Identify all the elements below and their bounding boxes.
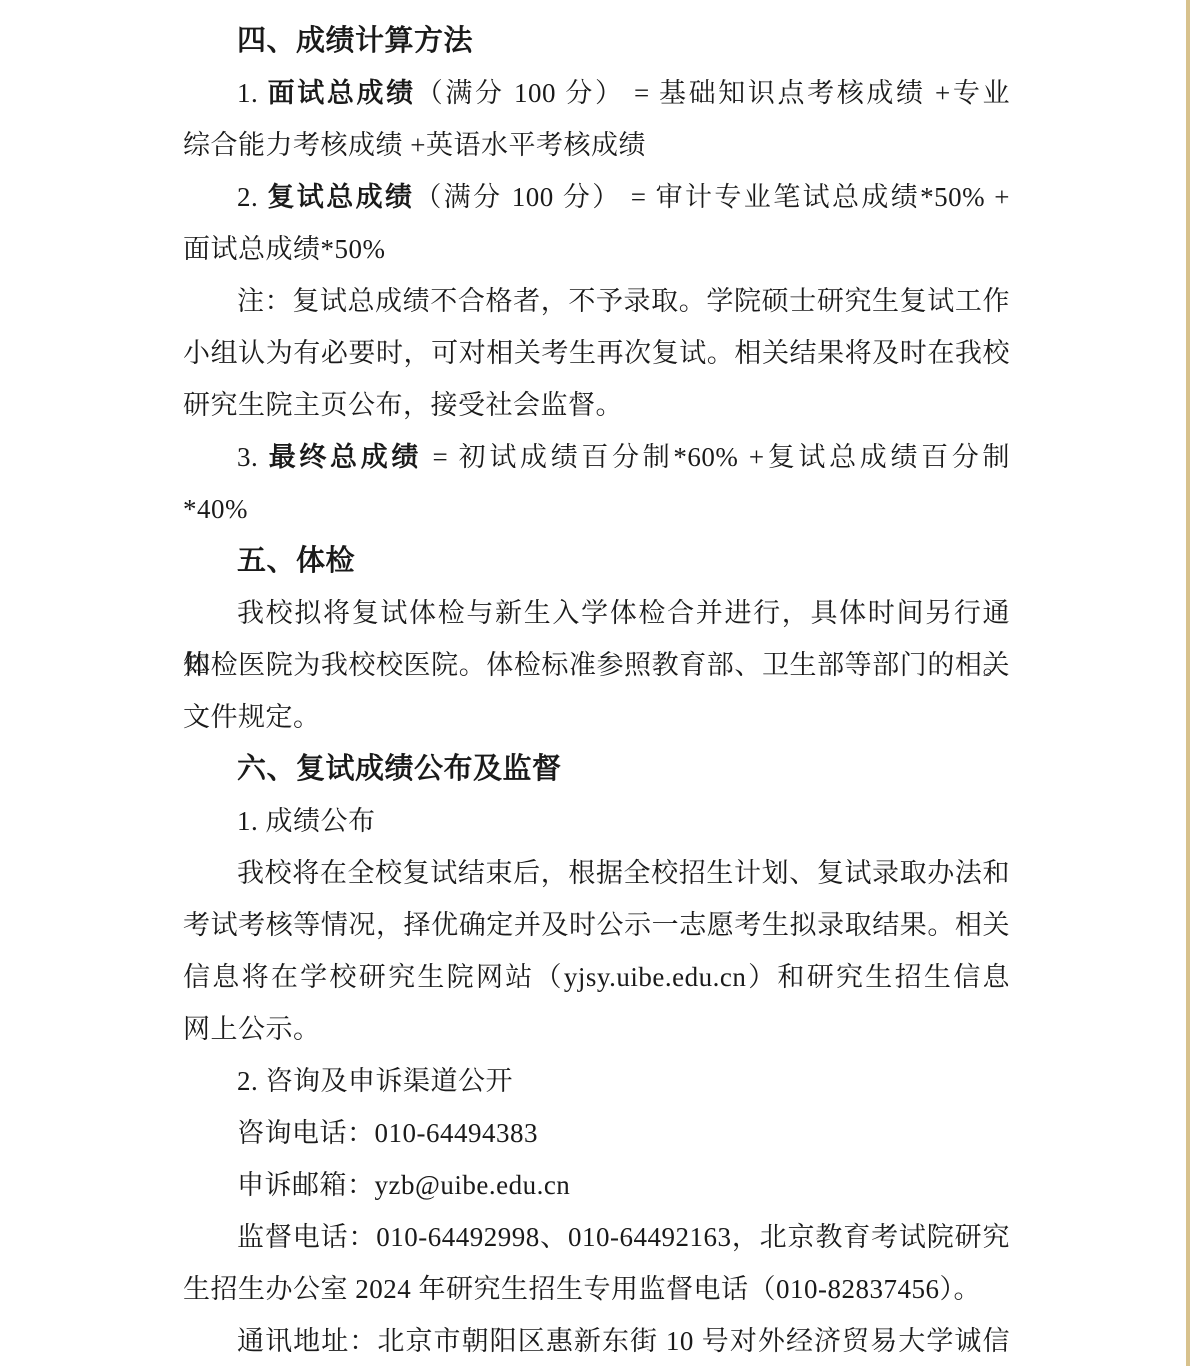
text-segment: 面试总成绩*50% — [183, 234, 386, 264]
section-6-heading: 六、复试成绩公布及监督 — [183, 743, 1010, 795]
text-segment: 通讯地址：北京市朝阳区惠新东街 10 号对外经济贸易大学诚信 — [237, 1326, 1010, 1356]
item-3-final-total-score: 3. 最终总成绩 = 初试成绩百分制*60% +复试总成绩百分制 — [183, 431, 1010, 483]
page-edge-line — [1186, 0, 1190, 1366]
item-1-continued: 综合能力考核成绩 +英语水平考核成绩 — [183, 119, 1010, 171]
note-line-3: 研究生院主页公布，接受社会监督。 — [183, 379, 1010, 431]
text-segment: 我校将在全校复试结束后，根据全校招生计划、复试录取办法和 — [237, 858, 1010, 888]
text-segment: 咨询电话：010-64494383 — [237, 1118, 538, 1148]
sub-1-score-publication: 1. 成绩公布 — [183, 795, 1010, 847]
supervise-phone-line-1: 监督电话：010-64492998、010-64492163，北京教育考试院研究 — [183, 1211, 1010, 1263]
bold-text-segment: 六、复试成绩公布及监督 — [237, 753, 562, 785]
text-segment: 1. — [237, 78, 268, 108]
text-segment: 研究生院主页公布，接受社会监督。 — [183, 390, 623, 420]
text-segment: 小组认为有必要时，可对相关考生再次复试。相关结果将及时在我校 — [183, 338, 1010, 368]
text-segment: *40% — [183, 494, 248, 524]
text-segment: （满分 100 分） = 基础知识点考核成绩 +专业 — [416, 78, 1010, 108]
note-line-1: 注：复试总成绩不合格者，不予录取。学院硕士研究生复试工作 — [183, 275, 1010, 327]
item-2-retest-total-score: 2. 复试总成绩（满分 100 分） = 审计专业笔试总成绩*50% + — [183, 171, 1010, 223]
text-segment: 2. — [237, 182, 267, 212]
text-segment: 文件规定。 — [183, 702, 321, 732]
physical-exam-line-2: 体检医院为我校校医院。体检标准参照教育部、卫生部等部门的相关 — [183, 639, 1010, 691]
sub-2-consult-appeal-channels: 2. 咨询及申诉渠道公开 — [183, 1055, 1010, 1107]
publication-line-2: 考试考核等情况，择优确定并及时公示一志愿考生拟录取结果。相关 — [183, 899, 1010, 951]
publication-line-3: 信息将在学校研究生院网站（yjsy.uibe.edu.cn）和研究生招生信息 — [183, 951, 1010, 1003]
text-segment: （满分 100 分） = 审计专业笔试总成绩*50% + — [414, 182, 1010, 212]
bold-text-segment: 最终总成绩 — [269, 442, 422, 472]
publication-line-1: 我校将在全校复试结束后，根据全校招生计划、复试录取办法和 — [183, 847, 1010, 899]
text-segment: 综合能力考核成绩 +英语水平考核成绩 — [183, 130, 646, 160]
text-segment: 网上公示。 — [183, 1014, 321, 1044]
text-segment: 生招生办公室 2024 年研究生招生专用监督电话（010-82837456）。 — [183, 1274, 981, 1304]
item-3-continued: *40% — [183, 483, 1010, 535]
physical-exam-line-1: 我校拟将复试体检与新生入学体检合并进行，具体时间另行通知。 — [183, 587, 1010, 639]
text-segment: 注：复试总成绩不合格者，不予录取。学院硕士研究生复试工作 — [237, 286, 1010, 316]
supervise-phone-line-2: 生招生办公室 2024 年研究生招生专用监督电话（010-82837456）。 — [183, 1263, 1010, 1315]
bold-text-segment: 复试总成绩 — [267, 182, 414, 212]
appeal-email: 申诉邮箱：yzb@uibe.edu.cn — [183, 1159, 1010, 1211]
document-body: 四、成绩计算方法1. 面试总成绩（满分 100 分） = 基础知识点考核成绩 +… — [183, 15, 1010, 1366]
mailing-address-line-1: 通讯地址：北京市朝阳区惠新东街 10 号对外经济贸易大学诚信 — [183, 1315, 1010, 1366]
text-segment: = 初试成绩百分制*60% +复试总成绩百分制 — [422, 442, 1010, 472]
section-5-heading: 五、体检 — [183, 535, 1010, 587]
bold-text-segment: 四、成绩计算方法 — [237, 25, 473, 57]
publication-line-4: 网上公示。 — [183, 1003, 1010, 1055]
text-segment: 监督电话：010-64492998、010-64492163，北京教育考试院研究 — [237, 1222, 1010, 1252]
text-segment: 3. — [237, 442, 269, 472]
note-line-2: 小组认为有必要时，可对相关考生再次复试。相关结果将及时在我校 — [183, 327, 1010, 379]
bold-text-segment: 面试总成绩 — [268, 78, 416, 108]
section-4-heading: 四、成绩计算方法 — [183, 15, 1010, 67]
document-page: { "colors": { "page_background": "#fffff… — [0, 0, 1192, 1366]
bold-text-segment: 五、体检 — [237, 545, 355, 577]
text-segment: 2. 咨询及申诉渠道公开 — [237, 1066, 513, 1096]
text-segment: 体检医院为我校校医院。体检标准参照教育部、卫生部等部门的相关 — [183, 650, 1010, 680]
consult-phone: 咨询电话：010-64494383 — [183, 1107, 1010, 1159]
text-segment: 1. 成绩公布 — [237, 806, 376, 836]
item-2-continued: 面试总成绩*50% — [183, 223, 1010, 275]
item-1-interview-total-score: 1. 面试总成绩（满分 100 分） = 基础知识点考核成绩 +专业 — [183, 67, 1010, 119]
text-segment: 考试考核等情况，择优确定并及时公示一志愿考生拟录取结果。相关 — [183, 910, 1010, 940]
text-segment: 信息将在学校研究生院网站（yjsy.uibe.edu.cn）和研究生招生信息 — [183, 962, 1010, 992]
physical-exam-line-3: 文件规定。 — [183, 691, 1010, 743]
text-segment: 申诉邮箱：yzb@uibe.edu.cn — [237, 1170, 570, 1200]
